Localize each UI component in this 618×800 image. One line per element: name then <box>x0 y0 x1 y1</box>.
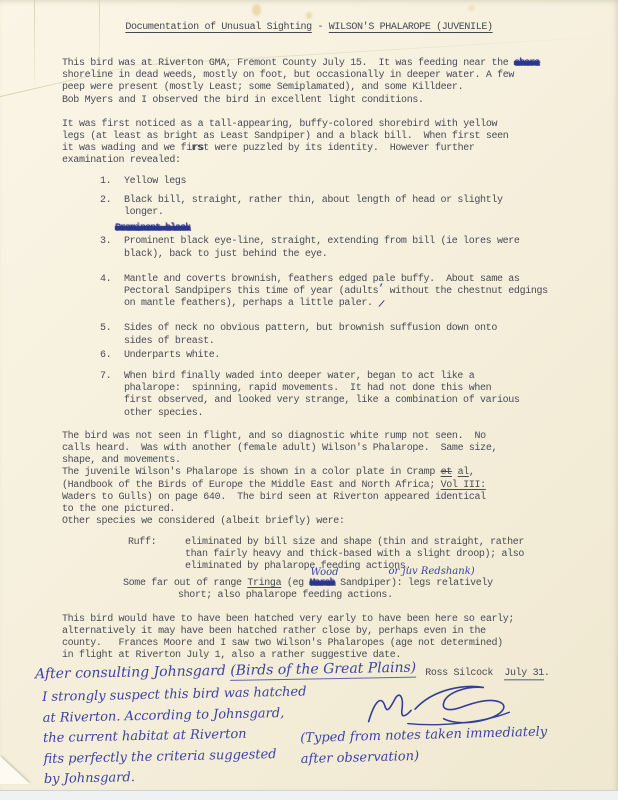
paper-sheet: Documentation of Unusual Sighting - WILS… <box>0 0 618 791</box>
overtyped-letters: rs <box>192 143 203 154</box>
text-run: shoreline in dead weeds, mostly on foot,… <box>62 70 514 105</box>
item-number: 3. <box>100 236 124 260</box>
list-item-2: 2.Black bill, straight, rather thin, abo… <box>62 195 610 219</box>
handwritten-signoff: After consulting Johnsgard (Birds of the… <box>35 660 416 683</box>
list-item-1: 1.Yellow legs <box>62 176 610 188</box>
paragraph-hatched: This bird would have to have been hatche… <box>62 614 610 663</box>
paragraph-intro: This bird was at Riverton GMA, Fremont C… <box>62 58 610 107</box>
text-run-wrap: Sandpiper): legs relativelyor juv Redsha… <box>335 578 493 589</box>
paragraph-not-in-flight: The bird was not seen in flight, and so … <box>62 431 610 468</box>
title-part-1: Documentation of Unusual Sighting <box>125 22 311 33</box>
item-text: Black bill, straight, rather thin, about… <box>124 195 610 219</box>
item-text: Underparts white. <box>124 350 610 362</box>
signoff-date: July 31 <box>504 668 544 679</box>
text-run: Sandpiper): legs relatively <box>335 578 493 589</box>
handwritten-note-right: (Typed from notes taken immediately afte… <box>300 722 548 770</box>
text-run: (eg <box>281 578 309 589</box>
item-text: Prominent black eye-line, straight, exte… <box>124 236 610 260</box>
scanned-document-page: Documentation of Unusual Sighting - WILS… <box>0 0 618 800</box>
folded-corner <box>0 756 30 784</box>
paper-stain <box>306 12 312 19</box>
tringa-line-2: short; also phalarope feeding actions. <box>178 590 610 602</box>
handwritten-book-title: (Birds of the Great Plains) <box>230 660 416 681</box>
list-item-4: 4.Mantle and coverts brownish, feathers … <box>62 274 610 311</box>
list-item-5: 5.Sides of neck no obvious pattern, but … <box>62 323 610 347</box>
handwritten-note-left: I strongly suspect this bird was hatched… <box>42 682 308 790</box>
text-run: Waders to Gulls) on page 640. The bird s… <box>62 492 486 527</box>
underlined-vol: Vol III: <box>441 480 486 491</box>
text-run: After consulting Johnsgard <box>35 663 231 682</box>
item-number: 5. <box>100 323 124 347</box>
item-text: Mantle and coverts brownish, feathers ed… <box>124 274 610 311</box>
ink-annotation-wood: Wood <box>311 568 339 578</box>
struck-word: Marsh <box>310 578 335 589</box>
paper-stain <box>468 5 475 11</box>
ruff-label: Ruff: <box>128 537 185 574</box>
document-title: Documentation of Unusual Sighting - WILS… <box>0 22 618 33</box>
ink-annotation-redshank: or juv Redshank) <box>389 567 475 577</box>
item-number: 2. <box>100 195 124 219</box>
handwritten-slash: / <box>377 300 385 313</box>
typed-body: This bird was at Riverton GMA, Fremont C… <box>62 58 610 662</box>
title-separator: - <box>312 22 329 33</box>
item-number: 4. <box>100 274 124 311</box>
struck-word: shore <box>514 58 539 69</box>
paragraph-reference: The juvenile Wilson's Phalarope is shown… <box>62 467 610 528</box>
item-number: 1. <box>100 176 124 188</box>
list-item-7: 7.When bird finally waded into deeper wa… <box>62 371 610 420</box>
list-item-6: 6.Underparts white. <box>62 350 610 362</box>
struck-line: Prominent black <box>115 223 610 235</box>
item-number: 6. <box>100 350 124 362</box>
text-run: . <box>544 668 550 679</box>
paragraph-first-noticed: It was first noticed as a tall-appearing… <box>62 119 610 168</box>
struck-et: et <box>441 467 452 478</box>
text-run: Ross Silcock <box>425 668 504 679</box>
struck-text: Prominent black <box>115 223 190 234</box>
text-run: The juvenile Wilson's Phalarope is shown… <box>62 467 441 478</box>
underlined-genus: Tringa <box>247 578 281 589</box>
handwritten-apostrophe: ’ <box>378 284 384 296</box>
item-number: 7. <box>100 371 124 420</box>
list-item-3: 3.Prominent black eye-line, straight, ex… <box>62 236 610 260</box>
struck-word-wrap: MarshWood <box>310 578 335 589</box>
text-run: This bird was at Riverton GMA, Fremont C… <box>62 58 514 69</box>
item-text: Sides of neck no obvious pattern, but br… <box>124 323 610 347</box>
scanner-background-strip <box>0 790 618 800</box>
tringa-line-1: Some far out of range Tringa (eg MarshWo… <box>123 578 610 590</box>
signoff-line: After consulting Johnsgard (Birds of the… <box>35 663 550 680</box>
typed-signoff: Ross Silcock July 31. <box>425 668 549 680</box>
paper-crease <box>34 0 35 98</box>
item-text: When bird finally waded into deeper wate… <box>124 371 610 420</box>
text-run: Some far out of range <box>123 578 247 589</box>
underlined-al: al <box>458 467 469 478</box>
paper-stain <box>252 4 261 16</box>
title-part-2: WILSON'S PHALAROPE (JUVENILE) <box>329 22 493 33</box>
item-text: Yellow legs <box>124 176 610 188</box>
